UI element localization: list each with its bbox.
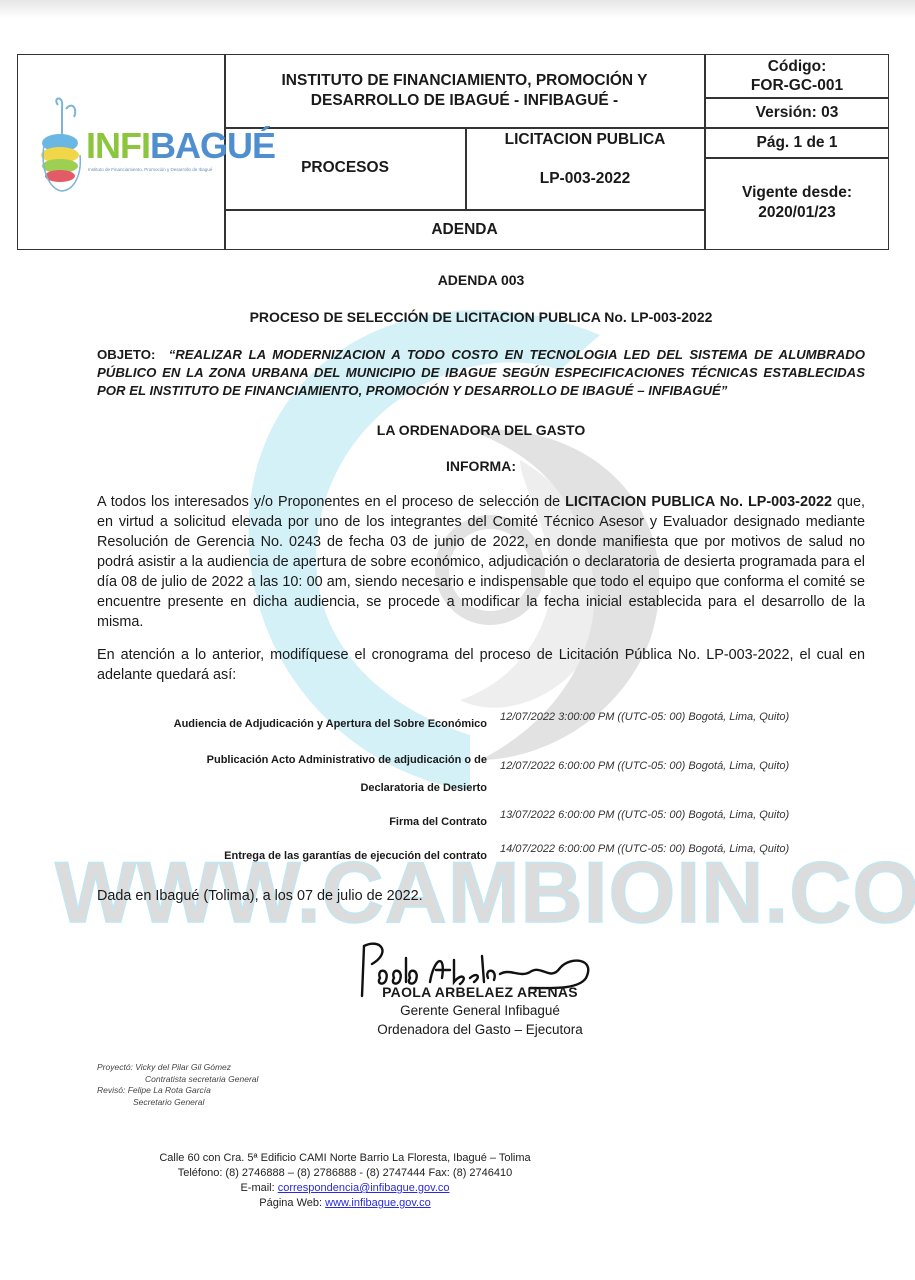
email-link[interactable]: correspondencia@infibague.gov.co [278, 1182, 450, 1194]
schedule-row-label: Audiencia de Adjudicación y Apertura del… [174, 718, 487, 730]
addendum-title: ADENDA 003 [97, 272, 865, 288]
contact-footer: Calle 60 con Cra. 5ª Edificio CAMI Norte… [110, 1151, 580, 1211]
ordenadora-heading: LA ORDENADORA DEL GASTO [97, 422, 865, 438]
schedule-row-label: Publicación Acto Administrativo de adjud… [207, 754, 487, 766]
schedule-intro-paragraph: En atención a lo anterior, modifíquese e… [97, 645, 865, 685]
schedule-row-label-cont: Declaratoria de Desierto [360, 782, 487, 794]
schedule-row-value: 14/07/2022 6:00:00 PM ((UTC-05: 00) Bogo… [500, 843, 789, 855]
schedule-row-value: 13/07/2022 6:00:00 PM ((UTC-05: 00) Bogo… [500, 809, 789, 821]
footer-phones: Teléfono: (8) 2746888 – (8) 2786888 - (8… [110, 1166, 580, 1181]
drafting-credits: Proyectó: Vicky del Pilar Gil Gómez Cont… [97, 1062, 258, 1108]
objeto-paragraph: OBJETO: “REALIZAR LA MODERNIZACION A TOD… [97, 346, 865, 400]
website-link[interactable]: www.infibague.gov.co [325, 1197, 431, 1209]
footer-web-line: Página Web: www.infibague.gov.co [110, 1196, 580, 1211]
issue-date-line: Dada en Ibagué (Tolima), a los 07 de jul… [97, 888, 423, 904]
objeto-label: OBJETO: [97, 347, 155, 362]
process-subtitle: PROCESO DE SELECCIÓN DE LICITACION PUBLI… [97, 309, 865, 325]
signatory-role-secondary: Ordenadora del Gasto – Ejecutora [330, 1022, 630, 1037]
signatory-name: PAOLA ARBELAEZ ARENAS [330, 984, 630, 1000]
schedule-row-value: 12/07/2022 3:00:00 PM ((UTC-05: 00) Bogo… [500, 711, 789, 723]
process-reference: LICITACION PUBLICA No. LP-003-2022 [565, 494, 832, 510]
schedule-row-value: 12/07/2022 6:00:00 PM ((UTC-05: 00) Bogo… [500, 760, 789, 772]
schedule-row-label: Entrega de las garantías de ejecución de… [224, 850, 487, 862]
main-paragraph: A todos los interesados y/o Proponentes … [97, 492, 865, 632]
informa-heading: INFORMA: [97, 458, 865, 474]
footer-email-line: E-mail: correspondencia@infibague.gov.co [110, 1181, 580, 1196]
signatory-role: Gerente General Infibagué [330, 1003, 630, 1018]
objeto-text: “REALIZAR LA MODERNIZACION A TODO COSTO … [97, 347, 865, 398]
schedule-row-label: Firma del Contrato [389, 816, 487, 828]
footer-address: Calle 60 con Cra. 5ª Edificio CAMI Norte… [110, 1151, 580, 1166]
